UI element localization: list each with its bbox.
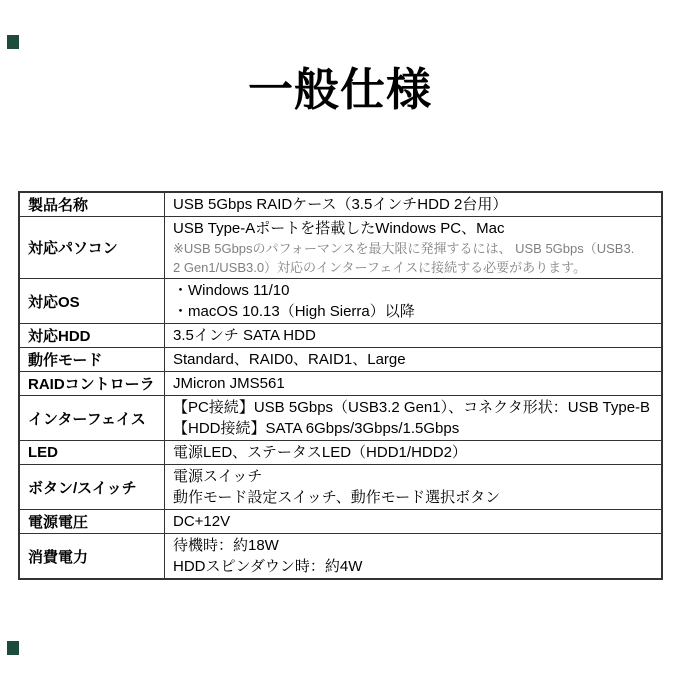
spec-note-line: ※USB 5Gbpsのパフォーマンスを最大限に発揮するには、 USB 5Gbps… (173, 239, 655, 258)
spec-row: 動作モードStandard、RAID0、RAID1、Large (19, 348, 662, 372)
spec-table-body: 製品名称USB 5Gbps RAIDケース（3.5インチHDD 2台用）対応パソ… (19, 192, 662, 579)
spec-row: インターフェイス【PC接続】USB 5Gbps（USB3.2 Gen1）、コネク… (19, 396, 662, 441)
spec-label: LED (19, 441, 165, 465)
spec-value: ・Windows 11/10・macOS 10.13（High Sierra）以… (165, 279, 663, 324)
spec-row: 対応パソコンUSB Type-Aポートを搭載したWindows PC、Mac※U… (19, 217, 662, 279)
spec-value: 【PC接続】USB 5Gbps（USB3.2 Gen1）、コネクタ形状：USB … (165, 396, 663, 441)
spec-note-line: 2 Gen1/USB3.0）対応のインターフェイスに接続する必要があります。 (173, 258, 655, 277)
spec-label: 対応OS (19, 279, 165, 324)
spec-value: DC+12V (165, 510, 663, 534)
spec-label: 電源電圧 (19, 510, 165, 534)
spec-value-line: Standard、RAID0、RAID1、Large (173, 349, 655, 370)
spec-value-line: 待機時：約18W (173, 535, 655, 556)
spec-value: USB 5Gbps RAIDケース（3.5インチHDD 2台用） (165, 192, 663, 217)
spec-value-line: 動作モード設定スイッチ、動作モード選択ボタン (173, 487, 655, 508)
page-title: 一般仕様 (0, 63, 680, 117)
spec-value-line: 電源スイッチ (173, 466, 655, 487)
spec-value: USB Type-Aポートを搭載したWindows PC、Mac※USB 5Gb… (165, 217, 663, 279)
spec-label: 消費電力 (19, 534, 165, 580)
spec-value-line: 【PC接続】USB 5Gbps（USB3.2 Gen1）、コネクタ形状：USB … (173, 397, 655, 418)
spec-table: 製品名称USB 5Gbps RAIDケース（3.5インチHDD 2台用）対応パソ… (18, 191, 663, 580)
spec-row: 対応HDD3.5インチ SATA HDD (19, 324, 662, 348)
spec-value-line: USB Type-Aポートを搭載したWindows PC、Mac (173, 218, 655, 239)
spec-value-line: 電源LED、ステータスLED（HDD1/HDD2） (173, 442, 655, 463)
spec-value-line: USB 5Gbps RAIDケース（3.5インチHDD 2台用） (173, 194, 655, 215)
spec-value-line: ・macOS 10.13（High Sierra）以降 (173, 301, 655, 322)
spec-value-line: 【HDD接続】SATA 6Gbps/3Gbps/1.5Gbps (173, 418, 655, 439)
decorative-square-top-left (7, 35, 19, 49)
spec-label: 対応HDD (19, 324, 165, 348)
spec-value: 待機時：約18WHDDスピンダウン時：約4W (165, 534, 663, 580)
spec-row: ボタン/スイッチ電源スイッチ動作モード設定スイッチ、動作モード選択ボタン (19, 465, 662, 510)
spec-label: RAIDコントローラ (19, 372, 165, 396)
spec-value: 電源スイッチ動作モード設定スイッチ、動作モード選択ボタン (165, 465, 663, 510)
spec-value-line: HDDスピンダウン時：約4W (173, 556, 655, 577)
spec-value: 3.5インチ SATA HDD (165, 324, 663, 348)
spec-label: インターフェイス (19, 396, 165, 441)
spec-row: RAIDコントローラJMicron JMS561 (19, 372, 662, 396)
spec-row: 対応OS・Windows 11/10・macOS 10.13（High Sier… (19, 279, 662, 324)
spec-value-line: 3.5インチ SATA HDD (173, 325, 655, 346)
spec-value: Standard、RAID0、RAID1、Large (165, 348, 663, 372)
spec-row: 製品名称USB 5Gbps RAIDケース（3.5インチHDD 2台用） (19, 192, 662, 217)
spec-label: 対応パソコン (19, 217, 165, 279)
spec-row: LED電源LED、ステータスLED（HDD1/HDD2） (19, 441, 662, 465)
spec-row: 消費電力待機時：約18WHDDスピンダウン時：約4W (19, 534, 662, 580)
spec-value-line: DC+12V (173, 511, 655, 532)
spec-value-line: ・Windows 11/10 (173, 280, 655, 301)
spec-label: 製品名称 (19, 192, 165, 217)
spec-value-line: JMicron JMS561 (173, 373, 655, 394)
spec-value: JMicron JMS561 (165, 372, 663, 396)
decorative-square-bottom-left (7, 641, 19, 655)
spec-label: 動作モード (19, 348, 165, 372)
spec-label: ボタン/スイッチ (19, 465, 165, 510)
spec-value: 電源LED、ステータスLED（HDD1/HDD2） (165, 441, 663, 465)
spec-row: 電源電圧DC+12V (19, 510, 662, 534)
